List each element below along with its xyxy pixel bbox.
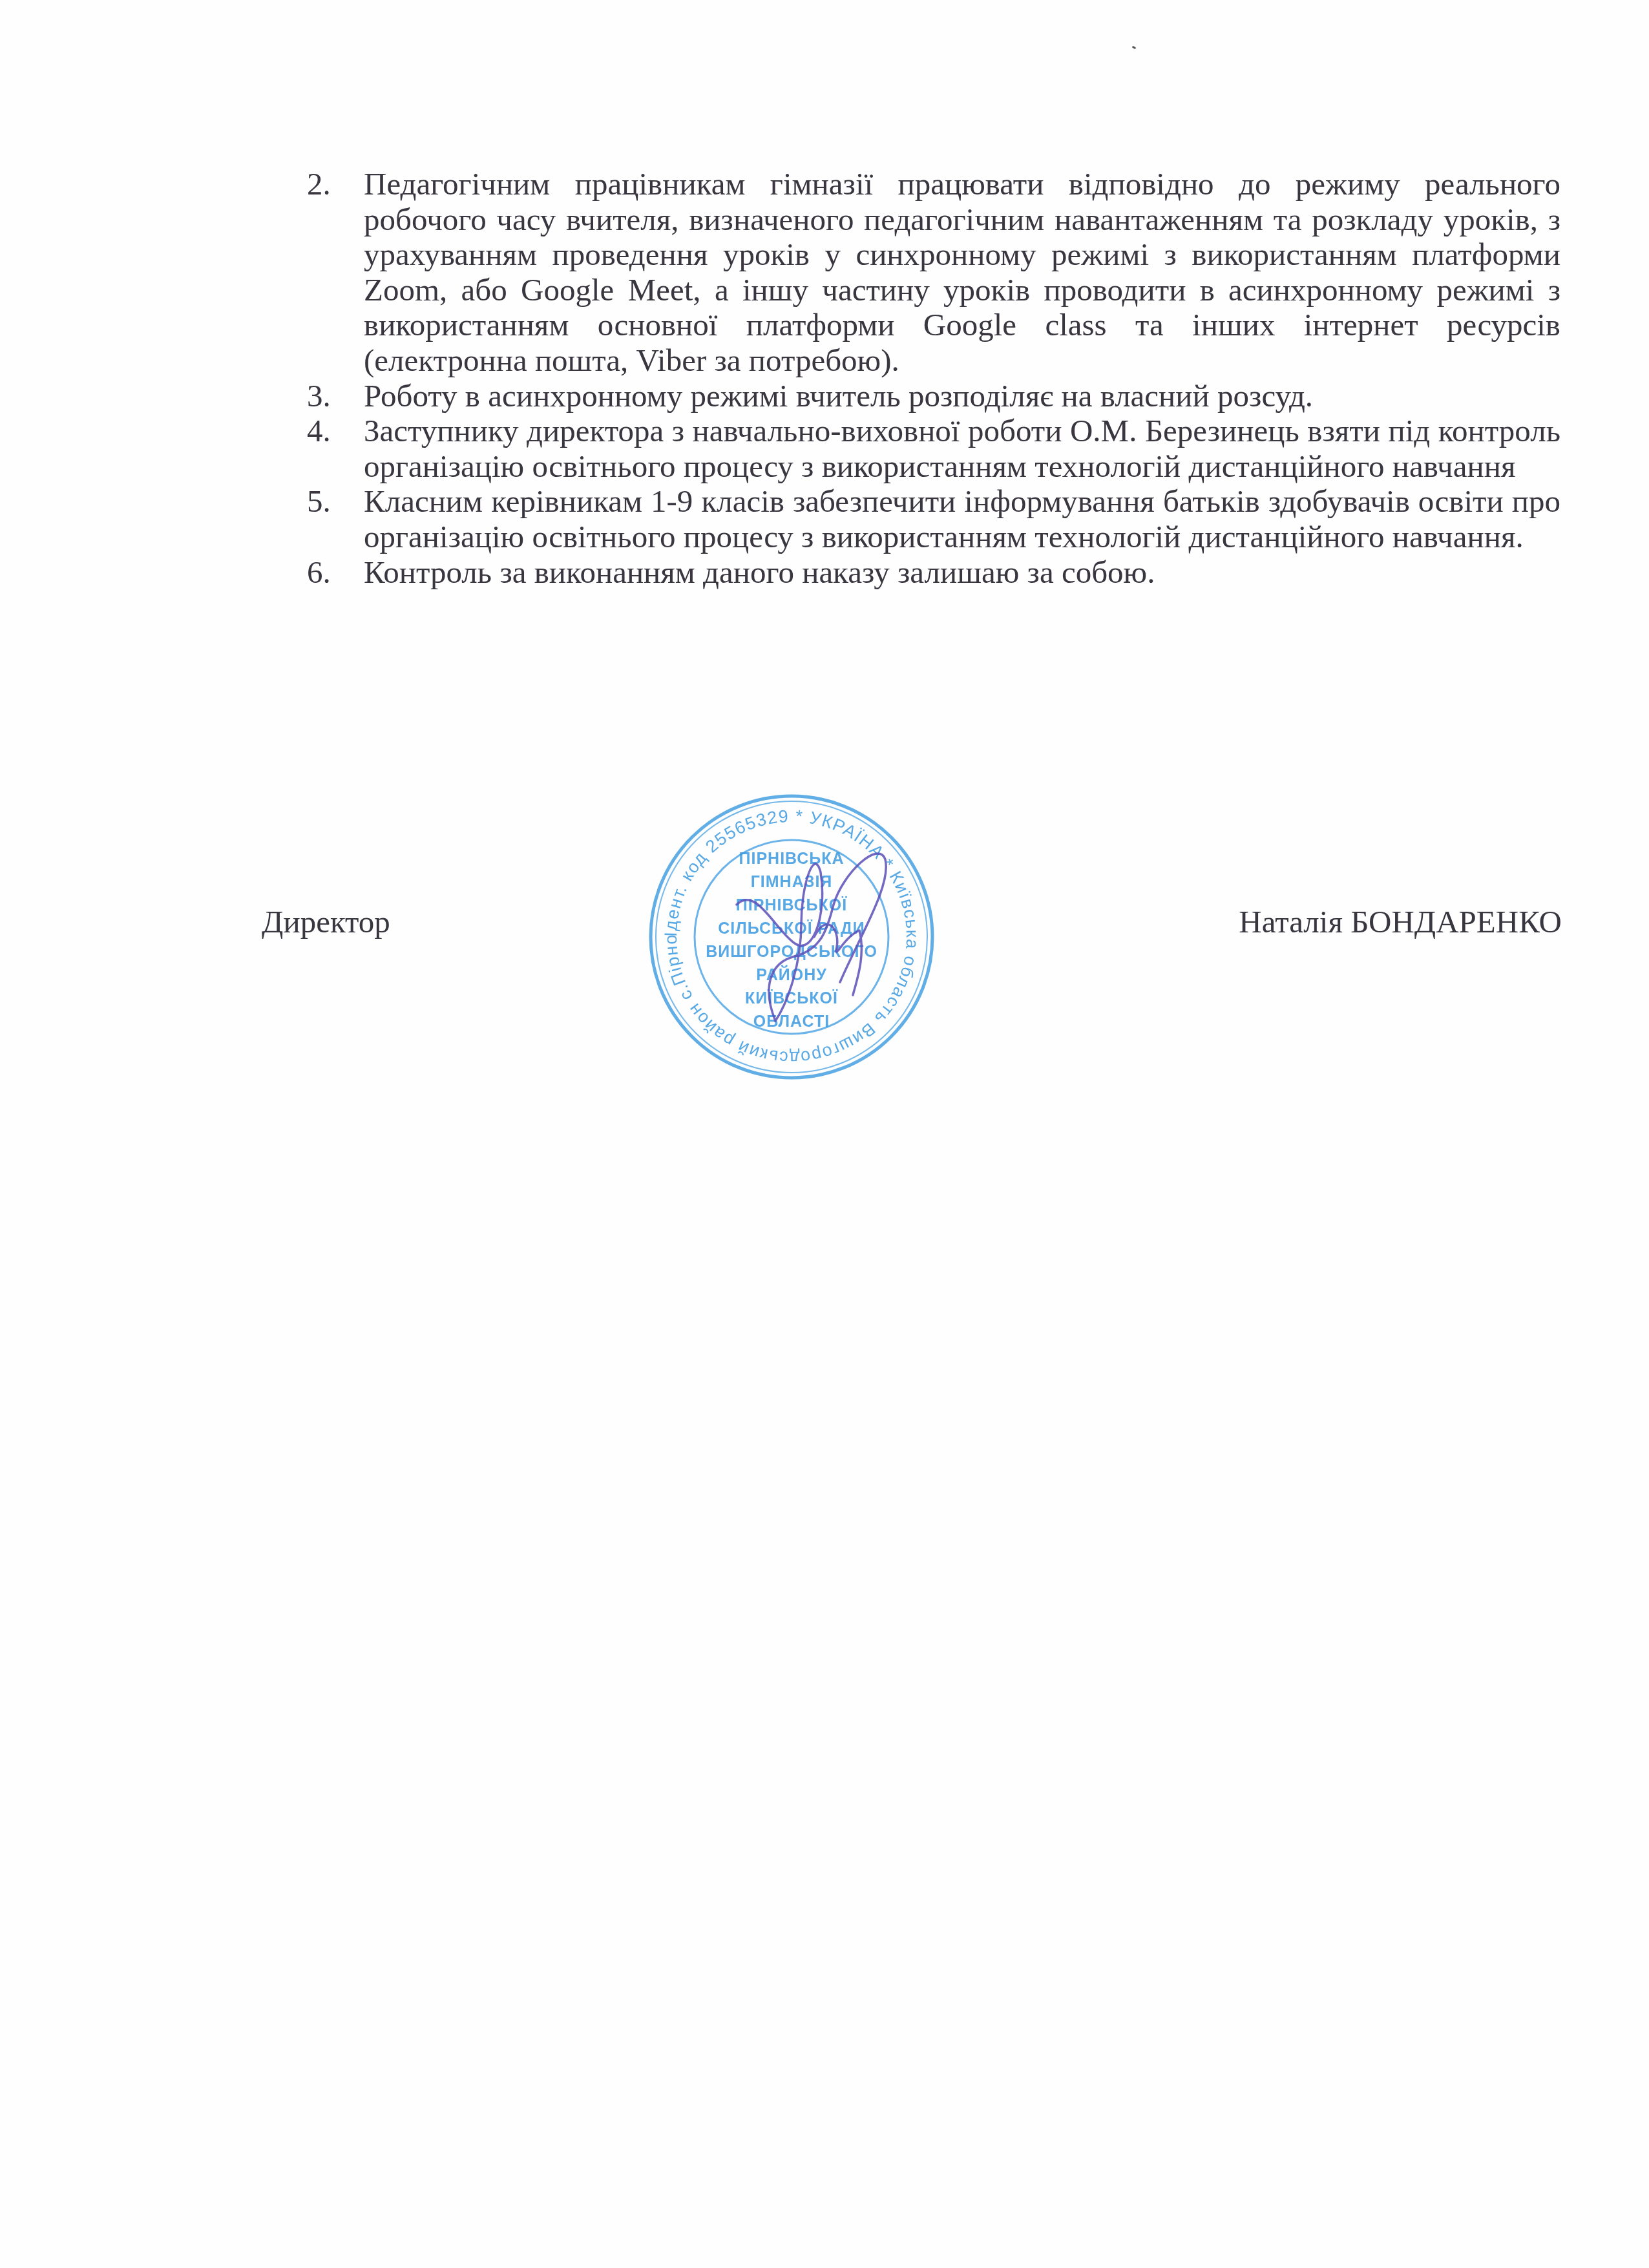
item-number: 3. [307,379,331,414]
stamp-line: СІЛЬСЬКОЇ РАДИ [718,917,865,940]
stamp-line: ГІМНАЗІЯ [751,870,833,894]
item-number: 5. [307,484,331,520]
order-item-3: 3. Роботу в асинхронному режимі вчитель … [307,379,1560,414]
document-page: 2. Педагогічним працівникам гімназії пра… [0,0,1649,2268]
stamp-line: РАЙОНУ [756,963,827,987]
signatory-name: Наталія БОНДАРЕНКО [1239,899,1562,945]
item-text: Роботу в асинхронному режимі вчитель роз… [364,378,1313,414]
stamp-line: КИЇВСЬКОЇ [745,987,838,1010]
official-stamp: Ідент. код 25565329 * УКРАЇНА * Київська… [646,792,937,1082]
order-item-5: 5. Класним керівникам 1-9 класів забезпе… [307,484,1560,554]
order-item-4: 4. Заступнику директора з навчально-вихо… [307,414,1560,484]
stamp-line: ПІРНІВСЬКА [739,847,844,870]
scan-artifact [1132,46,1137,50]
item-text: Заступнику директора з навчально-виховно… [364,413,1560,484]
item-number: 4. [307,414,331,449]
order-items-list: 2. Педагогічним працівникам гімназії пра… [307,167,1560,590]
stamp-line: ОБЛАСТІ [753,1010,830,1033]
stamp-line: ПІРНІВСЬКОЇ [736,894,847,917]
order-item-2: 2. Педагогічним працівникам гімназії пра… [307,167,1560,379]
item-text: Контроль за виконанням даного наказу зал… [364,554,1155,590]
signatory-position: Директор [262,899,390,945]
item-text: Педагогічним працівникам гімназії працюв… [364,166,1560,378]
item-number: 6. [307,555,331,591]
stamp-line: ВИШГОРОДСЬКОГО [706,940,877,963]
order-item-6: 6. Контроль за виконанням даного наказу … [307,555,1560,591]
item-number: 2. [307,167,331,202]
stamp-center-text: ПІРНІВСЬКА ГІМНАЗІЯ ПІРНІВСЬКОЇ СІЛЬСЬКО… [646,792,937,1082]
item-text: Класним керівникам 1-9 класів забезпечит… [364,483,1560,554]
